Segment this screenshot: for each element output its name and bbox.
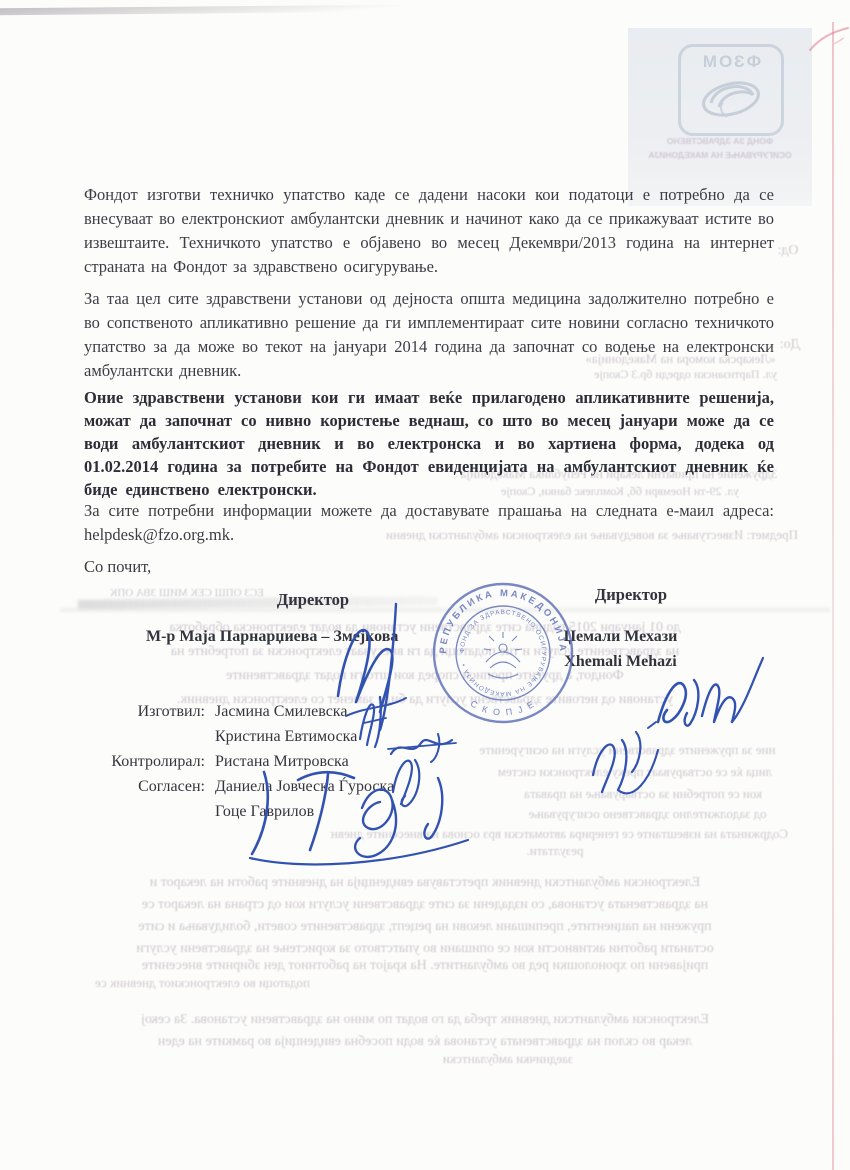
bleedthrough-line: пружени на пациентите, препишани лекови …	[62, 919, 788, 935]
pink-corner-mark	[806, 24, 850, 54]
logo-rounded-square: ФЗОМ	[678, 44, 784, 136]
scanned-letter-page: ФЗОМ ФОНД ЗА ЗДРАВСТВЕНО ОСИГУРУВАЊЕ НА …	[0, 0, 850, 1170]
bleedthrough-line: Електронски амбулантски дневник треба да…	[64, 1012, 786, 1028]
fzom-logo-watermark: ФЗОМ ФОНД ЗА ЗДРАВСТВЕНО ОСИГУРУВАЊЕ НА …	[628, 28, 812, 206]
bleedthrough-line: податоци во електронскиот дневник се печ…	[95, 975, 310, 991]
bleedthrough-line: на здравствената установа, со издадени з…	[62, 897, 788, 913]
bleedthrough-line: лекар во склоп на здравствената установа…	[64, 1034, 786, 1050]
letter-paragraph-2: За таа цел сите здравствени установи од …	[84, 287, 774, 383]
approval-label: Изготвил:	[95, 703, 205, 721]
stamp-emblem	[484, 632, 522, 678]
logo-subtitle-line: ФОНД ЗА ЗДРАВСТВЕНО	[628, 136, 812, 146]
director-title-right: Директор	[576, 585, 686, 605]
scan-edge-top	[0, 4, 520, 16]
stamp-inner-ring-text: ФОНД ЗА ЗДРАВСТВЕНО ОСИГУРУВАЊЕ НА МАКЕД…	[459, 609, 547, 697]
svg-text:С К О П Ј Е: С К О П Ј Е	[469, 698, 537, 717]
bleedthrough-line: Електронски амбулантски дневник претстав…	[62, 875, 788, 891]
approval-label: Контролирал:	[95, 753, 205, 771]
svg-text:ФОНД ЗА ЗДРАВСТВЕНО ОСИГУРУВАЊ: ФОНД ЗА ЗДРАВСТВЕНО ОСИГУРУВАЊЕ НА МАКЕД…	[459, 609, 547, 697]
bleedthrough-line: резултати.	[520, 843, 590, 859]
letter-paragraph-1: Фондот изготви техничко упатство каде се…	[84, 183, 774, 279]
logo-swoosh-icon	[697, 73, 765, 125]
bleedthrough-line: пријавени по хронолошки ред во амбуланти…	[62, 958, 788, 974]
letter-closing: Со почит,	[84, 557, 151, 577]
bleedthrough-line: останати работни активности кои се опиша…	[62, 941, 788, 957]
signature-daniela	[578, 720, 668, 808]
signature-goce-flourish	[240, 756, 478, 874]
stamp-bottom-text: С К О П Ј Е	[469, 698, 537, 717]
official-round-stamp: РЕПУБЛИКА МАКЕДОНИЈА С К О П Ј Е ФОНД ЗА…	[428, 578, 578, 728]
signature-director-right	[650, 650, 772, 752]
bleedthrough-line: заеднички амбулантски дневник.	[443, 1051, 573, 1067]
letter-paragraph-4-email: За сите потребни информации можете да до…	[84, 499, 774, 547]
scan-edge-right	[832, 22, 834, 1170]
letter-paragraph-3-bold: Оние здравствени установи кои ги имаат в…	[84, 386, 774, 501]
bleedthrough-line: Од:	[768, 243, 808, 259]
logo-acronym-text: ФЗОМ	[681, 52, 781, 72]
logo-subtitle-line: ОСИГУРУВАЊЕ НА МАКЕДОНИЈА	[628, 150, 812, 160]
bleedthrough-line: од задолжително здравствено осигурување	[500, 806, 795, 822]
approval-label: Согласен:	[95, 778, 205, 796]
